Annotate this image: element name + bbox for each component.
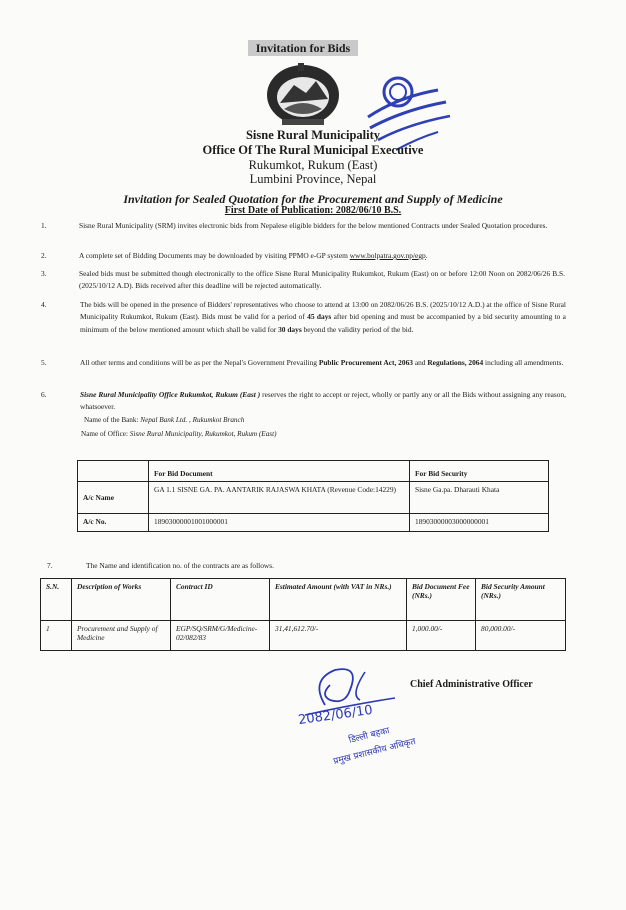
clause-number: 4. [41,299,47,311]
egp-link[interactable]: www.bolpatra.gov.np/egp [350,251,426,260]
contracts-table: S.N. Description of Works Contract ID Es… [40,578,566,651]
accounts-table: For Bid Document For Bid Security A/c Na… [77,460,549,532]
col-bid-security: For Bid Security [410,461,549,482]
col-bid-document: For Bid Document [149,461,410,482]
clause-number: 1. [41,220,47,232]
clause-text: The Name and identification no. of the c… [86,560,572,572]
clause-text: Sisne Rural Municipality (SRM) invites e… [79,220,565,232]
org-address: Rukumkot, Rukum (East) [0,158,626,173]
clause-number: 3. [41,268,47,280]
nepal-emblem-icon [262,57,344,129]
document-title: Invitation for Bids [248,40,358,56]
clause-number: 5. [41,357,47,369]
clause-number: 2. [41,250,47,262]
org-name: Sisne Rural Municipality [0,128,626,143]
office-name: Name of Office: Sisne Rural Municipality… [81,430,276,438]
clause-text: Sealed bids must be submitted though ele… [79,268,565,293]
table-row: 1 Procurement and Supply of Medicine EGP… [41,621,566,651]
clause-number: 6. [41,389,47,401]
publication-date: First Date of Publication: 2082/06/10 B.… [0,205,626,216]
bank-name: Name of the Bank: Nepal Bank Ltd. , Ruku… [84,416,244,424]
org-province: Lumbini Province, Nepal [0,172,626,187]
signatory-title: Chief Administrative Officer [410,679,533,690]
table-row: A/c No. 18903000001001000001 18903000003… [78,514,549,532]
clause-number: 7. [47,560,53,572]
table-row: A/c Name GA 1.1 SISNE GA. PA. AANTARIK R… [78,482,549,514]
org-office: Office Of The Rural Municipal Executive [0,143,626,158]
